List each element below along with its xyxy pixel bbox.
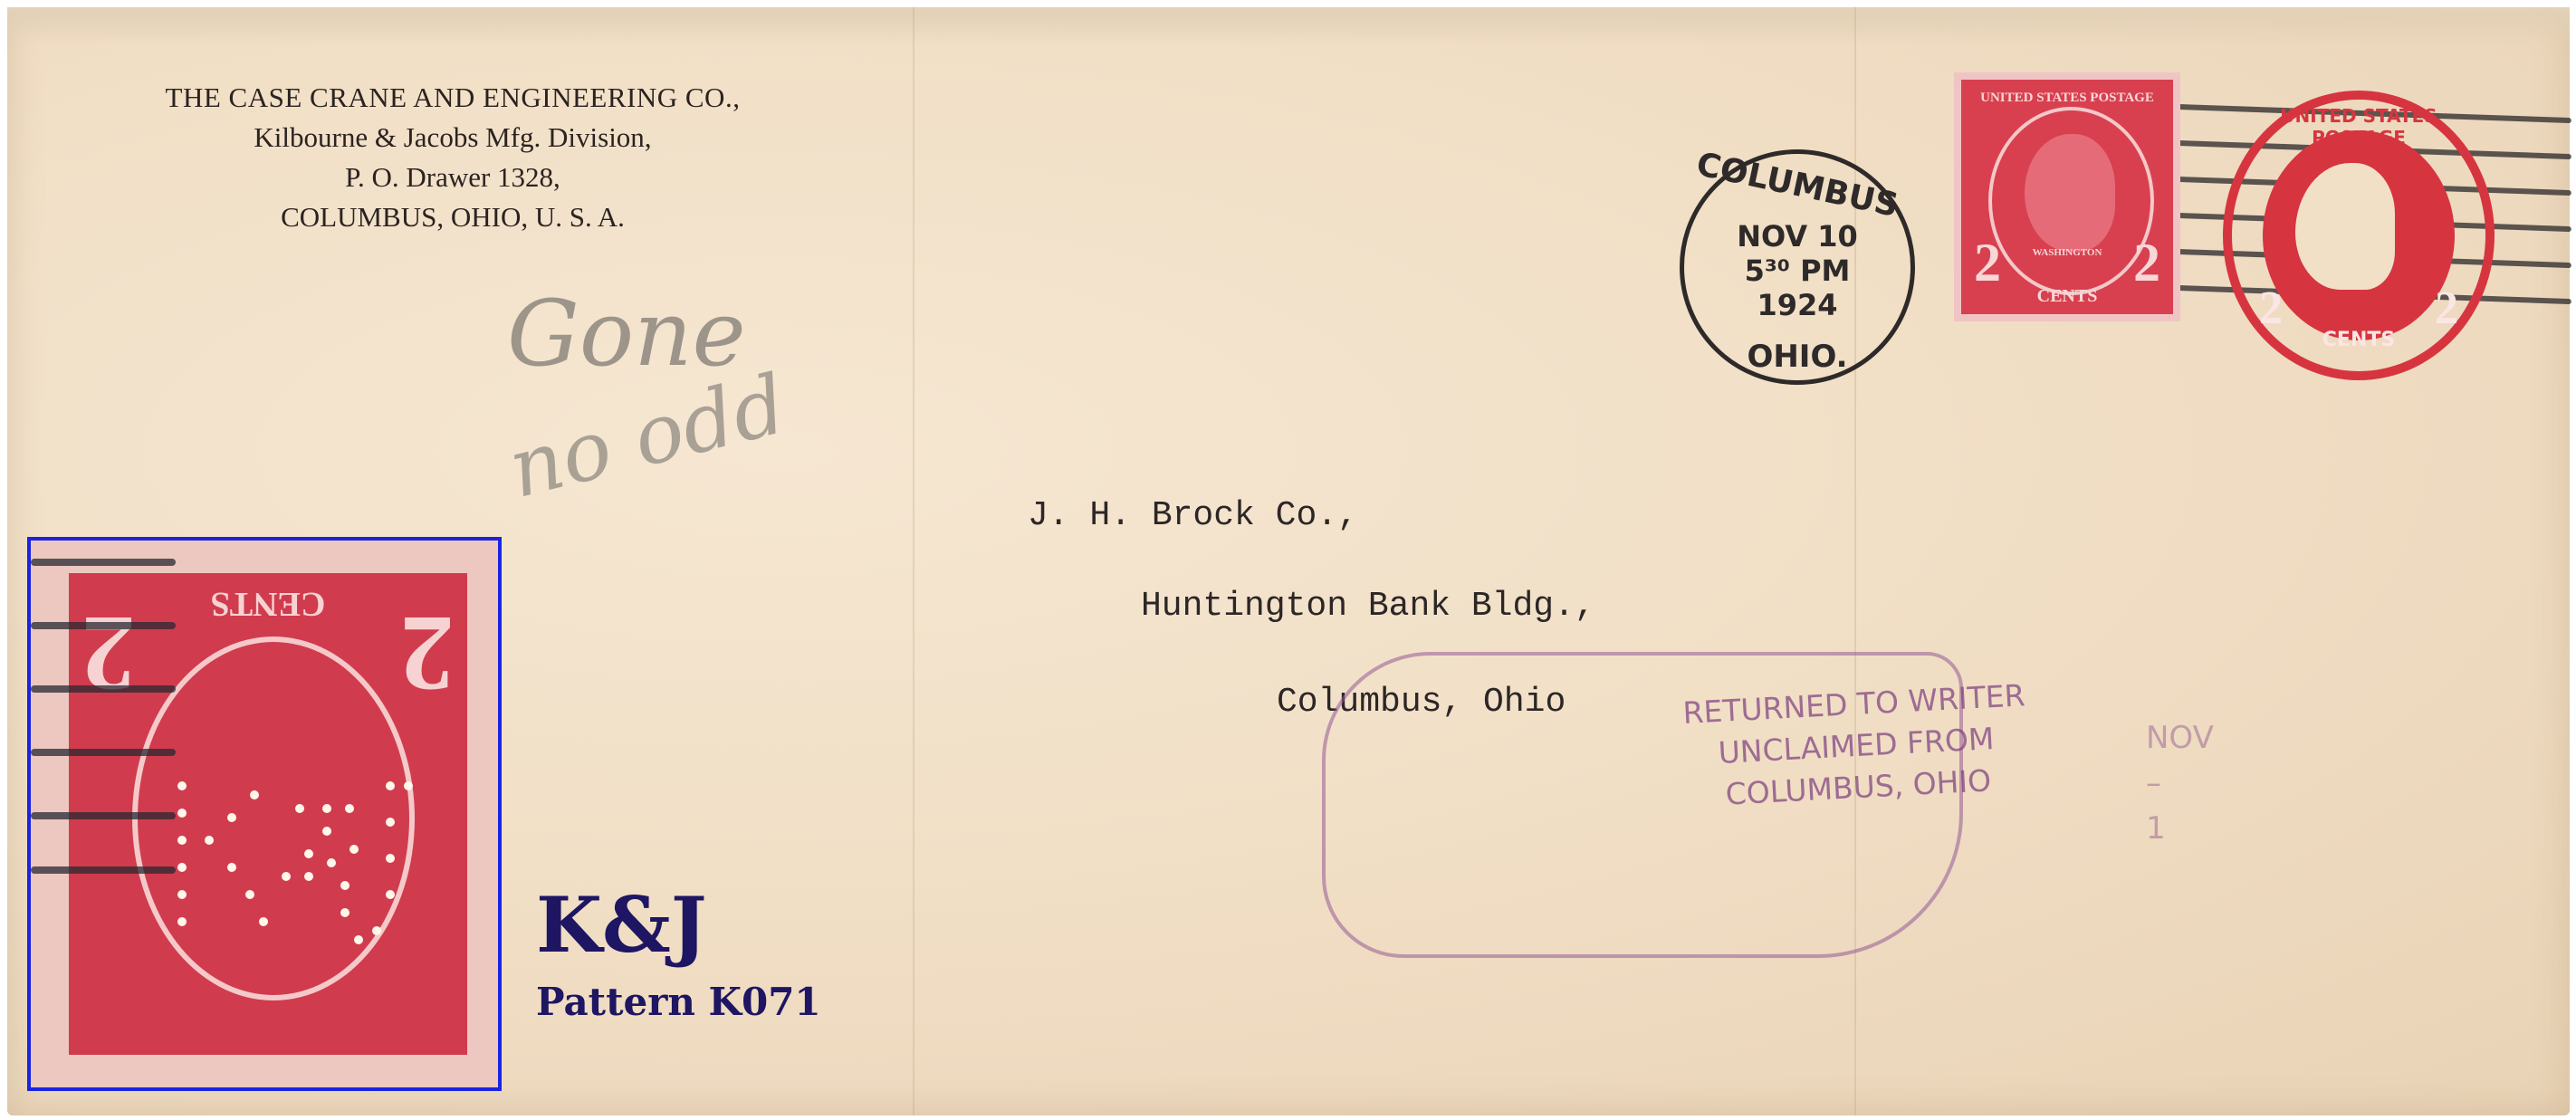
stamp-cents-label: CENTS — [1961, 286, 2173, 307]
postmark-state: OHIO. — [1684, 339, 1910, 375]
postmark-year: 1924 — [1684, 288, 1910, 322]
inset-cancel-line — [31, 866, 176, 874]
indicia-denomination-right: 2 — [2435, 282, 2458, 335]
indicia-denomination-left: 2 — [2259, 282, 2283, 335]
faint-date-month: NOV — [2146, 715, 2214, 761]
perfin-caption-title: K&J — [536, 887, 821, 963]
faint-receiving-date-stamp: NOV – 1 — [2146, 715, 2214, 851]
perfin-inset-enlargement: CENTS 2 2 — [27, 537, 502, 1091]
stamp-denomination-right: 2 — [2133, 232, 2160, 294]
inset-cancel-line — [31, 812, 176, 819]
recipient-building: Huntington Bank Bldg., — [1141, 587, 1595, 626]
return-address-city: COLUMBUS, OHIO, U. S. A. — [54, 201, 851, 234]
washington-2-cent-stamp: UNITED STATES POSTAGE WASHINGTON 2 2 CEN… — [1954, 72, 2180, 321]
return-address-po-box: P. O. Drawer 1328, — [54, 161, 851, 194]
returned-to-writer-pointing-hand-stamp: RETURNED TO WRITER UNCLAIMED FROM COLUMB… — [1313, 634, 2146, 960]
fold-line — [913, 7, 915, 1115]
inset-cancel-line — [31, 559, 176, 566]
perfin-caption: K&J Pattern K071 — [536, 887, 821, 1024]
return-address-division: Kilbourne & Jacobs Mfg. Division, — [54, 121, 851, 154]
perfin-caption-pattern: Pattern K071 — [536, 980, 821, 1024]
postmark-date: NOV 10 5³⁰ PM 1924 — [1684, 219, 1910, 322]
postmark-month-day: NOV 10 — [1684, 219, 1910, 254]
indicia-cents-label: CENTS — [2232, 329, 2485, 351]
faint-date-day: 1 — [2146, 806, 2214, 851]
embossed-indicia-stamp: UNITED STATES POSTAGE 2 2 CENTS — [2223, 91, 2495, 380]
washington-portrait-icon — [2025, 134, 2115, 252]
return-address-company: THE CASE CRANE AND ENGINEERING CO., — [54, 81, 851, 114]
inset-cancel-line — [31, 685, 176, 693]
return-address: THE CASE CRANE AND ENGINEERING CO., Kilb… — [54, 81, 851, 234]
recipient-name: J. H. Brock Co., — [1028, 496, 1358, 535]
circular-postmark: COLUMBUS NOV 10 5³⁰ PM 1924 OHIO. — [1680, 149, 1915, 385]
postmark-time: 5³⁰ PM — [1684, 254, 1910, 288]
perfin-kj-holes-icon — [177, 781, 413, 935]
stamp-top-text: UNITED STATES POSTAGE — [1961, 91, 2173, 106]
inset-stamp-denomination-right: 2 — [400, 591, 455, 716]
pencil-notation-line1: Gone — [507, 281, 746, 387]
envelope-top-flap-edge — [7, 7, 2570, 43]
inset-cancel-line — [31, 622, 176, 629]
inset-cancel-line — [31, 749, 176, 756]
indicia-text: UNITED STATES POSTAGE — [2232, 105, 2485, 148]
faint-date-mark: – — [2146, 761, 2214, 806]
stamp-denomination-left: 2 — [1974, 232, 2001, 294]
return-stamp-message: RETURNED TO WRITER UNCLAIMED FROM COLUMB… — [1663, 674, 2050, 818]
inset-stamp-denomination-left: 2 — [81, 591, 136, 716]
